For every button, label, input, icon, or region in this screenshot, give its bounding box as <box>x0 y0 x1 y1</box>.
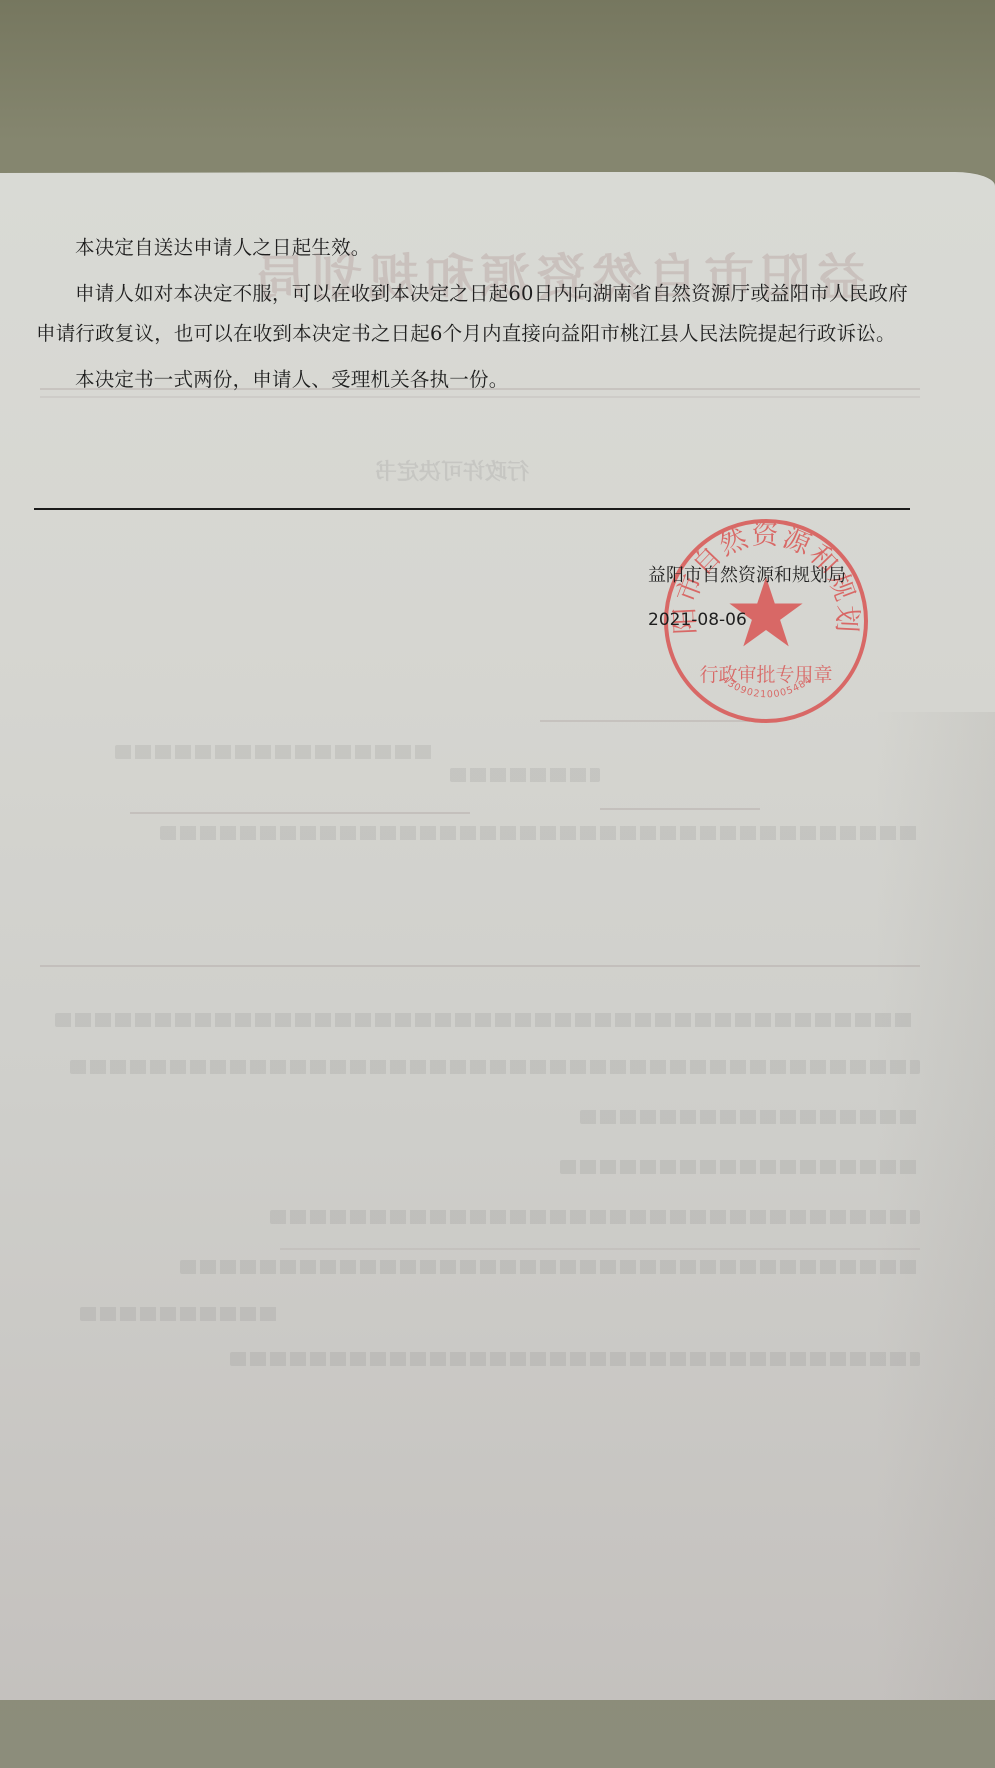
show-through-text <box>560 1160 920 1174</box>
show-through-rule <box>40 965 920 967</box>
show-through-text <box>580 1110 920 1124</box>
issuing-authority: 益阳市自然资源和规划局 <box>648 554 846 598</box>
show-through-text <box>160 826 920 840</box>
show-through-rule <box>280 1248 920 1250</box>
show-through-subtitle: 行政许可决定书 <box>375 455 529 486</box>
show-through-text <box>80 1307 280 1321</box>
show-through-text <box>230 1352 920 1366</box>
show-through-text <box>270 1210 920 1224</box>
show-through-rule <box>130 812 470 814</box>
show-through-text <box>70 1060 920 1074</box>
signature-divider <box>34 508 910 510</box>
page-shadow <box>875 712 995 1702</box>
decision-body: 本决定自送达申请人之日起生效。 申请人如对本决定不服，可以在收到本决定之日起60… <box>36 228 916 400</box>
show-through-text <box>450 768 600 782</box>
show-through-text <box>55 1013 915 1027</box>
copies-clause: 本决定书一式两份，申请人、受理机关各执一份。 <box>36 360 916 400</box>
show-through-text <box>180 1260 920 1274</box>
document-page <box>0 172 995 1700</box>
signature-block: 益阳市自然资源和规划局 2021-08-06 <box>648 554 846 642</box>
issue-date: 2021-08-06 <box>648 598 846 642</box>
show-through-text <box>115 745 435 759</box>
effective-clause: 本决定自送达申请人之日起生效。 <box>36 228 916 268</box>
show-through-rule <box>600 808 760 810</box>
appeal-clause: 申请人如对本决定不服，可以在收到本决定之日起60日内向湖南省自然资源厅或益阳市人… <box>36 274 916 354</box>
